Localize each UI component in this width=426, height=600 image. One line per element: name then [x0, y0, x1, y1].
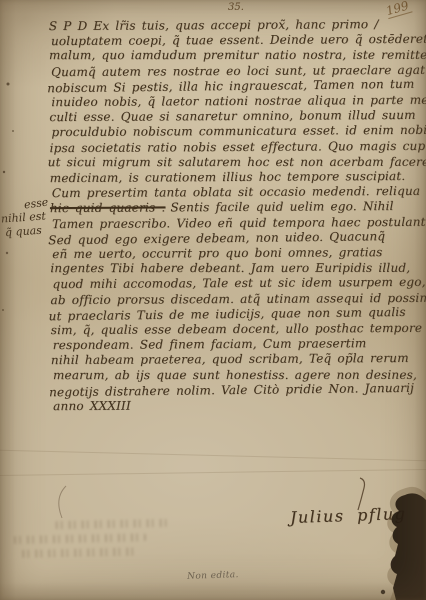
archival-note: Non edita. [187, 570, 239, 582]
manuscript-line-with-strikethrough: hic quid quaeris .Sentis facile quid uel… [50, 199, 422, 216]
manuscript-line: proculdubio nobiscum communicatura esset… [51, 123, 421, 140]
bleedthrough-line [20, 547, 138, 557]
paper-speck [7, 83, 10, 86]
manuscript-page: 35. 199 S P D Ex lr̃is tuis, quas accepi… [0, 0, 426, 600]
manuscript-line: Sentis facile quid uelim ego. Nihil [170, 199, 393, 214]
page-number: 35. [228, 2, 244, 13]
struck-text: hic quid quaeris . [50, 201, 166, 216]
paper-crease [0, 469, 426, 476]
bleedthrough-line [54, 519, 169, 529]
signature: Julius pflug [290, 504, 407, 527]
manuscript-line: ipsa societatis ratio nobis esset effect… [50, 138, 422, 155]
manuscript-line: ingentes Tibi habere debeant. Jam uero E… [50, 261, 422, 277]
bleedthrough-bracket [59, 486, 66, 518]
ink-bleedthrough [12, 512, 213, 564]
manuscript-line: ut sicui migrum sit salutarem hoc est no… [48, 155, 422, 171]
manuscript-line: quod mihi accomodas, Tale est ut sic ide… [52, 275, 422, 292]
manuscript-line: nihil habeam praeterea, quod scribam, Te… [51, 351, 423, 368]
ink-speck [381, 590, 385, 594]
paper-speck [3, 171, 5, 173]
paper-speck [6, 252, 8, 254]
bleedthrough-line [12, 533, 147, 544]
manuscript-line: malum, quo iamdudum premitur natio nostr… [49, 48, 421, 64]
margin-note: q̃ quas [5, 224, 43, 240]
paper-crease [0, 450, 426, 462]
paper-speck [2, 309, 4, 311]
paper-speck [12, 130, 14, 132]
letter-body: S P D Ex lr̃is tuis, quas accepi prox̃, … [49, 17, 423, 415]
